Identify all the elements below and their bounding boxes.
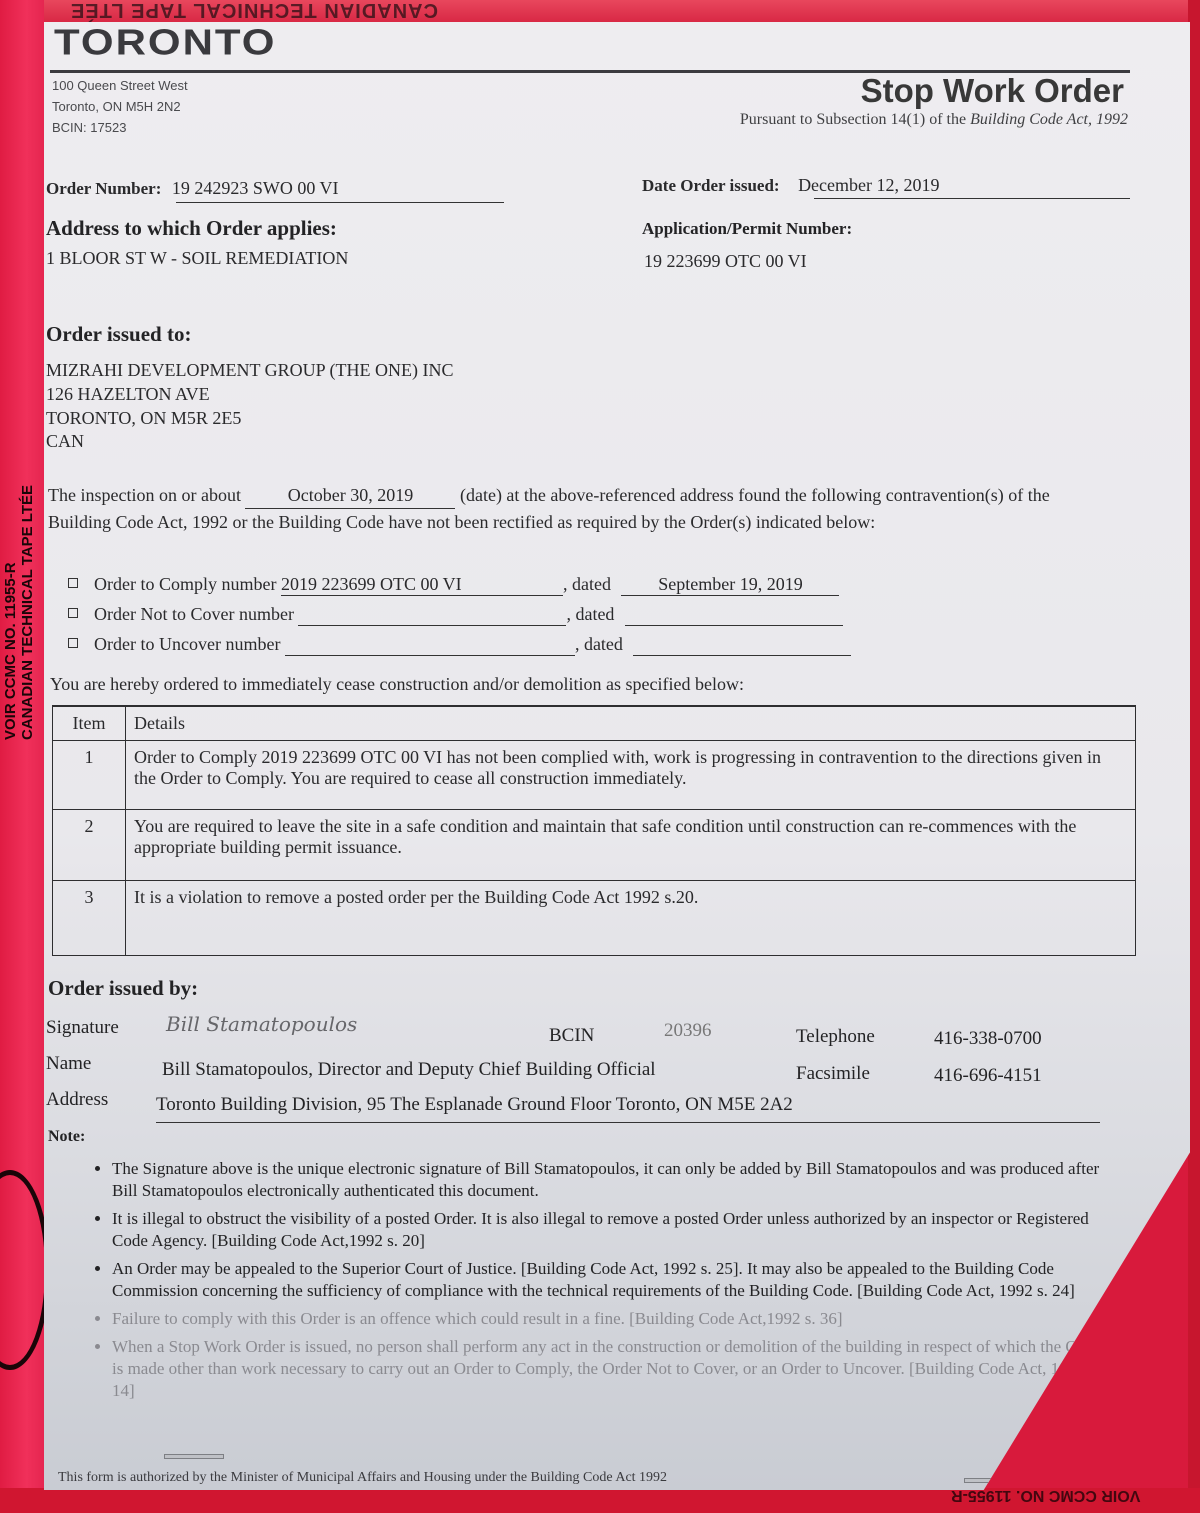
notes-list: The Signature above is the unique electr…	[112, 1158, 1112, 1408]
item-number: 1	[53, 741, 126, 810]
item-details: It is a violation to remove a posted ord…	[126, 881, 1136, 956]
order-number-underline	[176, 202, 504, 203]
facsimile-label: Facsimile	[796, 1063, 870, 1085]
prior-order-number	[285, 634, 575, 656]
sleeve-top-text: CANADIAN TECHNICAL TAPE LTÉE	[70, 0, 438, 21]
page-title: Stop Work Order	[861, 72, 1124, 110]
stop-work-order-document: TORONTO 100 Queen Street West Toronto, O…	[44, 22, 1190, 1490]
note-item: When a Stop Work Order is issued, no per…	[112, 1336, 1112, 1402]
note-item: It is illegal to obstruct the visibility…	[112, 1208, 1112, 1252]
subtitle-act: Building Code Act, 1992	[970, 111, 1128, 128]
order-to-uncover-checkbox[interactable]	[68, 638, 78, 648]
address-label-issuer: Address	[46, 1089, 108, 1111]
cease-statement: You are hereby ordered to immediately ce…	[50, 674, 744, 695]
table-header-row: Item Details	[53, 706, 1136, 741]
permit-label: Application/Permit Number:	[642, 219, 852, 239]
page-subtitle: Pursuant to Subsection 14(1) of the Buil…	[740, 111, 1128, 129]
facsimile-value: 416-696-4151	[934, 1065, 1042, 1087]
name-label: Name	[46, 1053, 91, 1075]
order-to-comply-checkbox[interactable]	[68, 578, 78, 588]
prior-order-row: Order to Comply number 2019 223699 OTC 0…	[68, 574, 839, 596]
subtitle-prefix: Pursuant to Subsection 14(1) of the	[740, 111, 970, 128]
prior-order-date	[625, 604, 843, 626]
prior-order-date	[633, 634, 851, 656]
issued-to-line: TORONTO, ON M5R 2E5	[46, 408, 241, 429]
letterhead-address-line1: 100 Queen Street West	[52, 78, 188, 93]
sleeve-side-text-line2: CANADIAN TECHNICAL TAPE LTÉE	[19, 410, 36, 740]
issuer-address-underline	[156, 1122, 1100, 1123]
column-header-details: Details	[126, 706, 1136, 741]
table-row: 2 You are required to leave the site in …	[53, 810, 1136, 881]
issued-to-line: 126 HAZELTON AVE	[46, 384, 210, 405]
sleeve-side-text: VOIR CCMC NO. 11955-R CANADIAN TECHNICAL…	[2, 410, 42, 740]
item-details: Order to Comply 2019 223699 OTC 00 VI ha…	[126, 741, 1136, 810]
order-number-value: 19 242923 SWO 00 VI	[172, 178, 339, 198]
signature-label: Signature	[46, 1017, 119, 1039]
sleeve-seal-icon	[0, 1170, 50, 1370]
item-details: You are required to leave the site in a …	[126, 810, 1136, 881]
staple-icon	[164, 1454, 224, 1459]
prior-order-number: 2019 223699 OTC 00 VI	[281, 574, 563, 596]
prior-order-dated-label: , dated	[563, 574, 611, 594]
notes-heading: Note:	[48, 1128, 85, 1146]
form-authorization-footer: This form is authorized by the Minister …	[58, 1470, 667, 1486]
plastic-sleeve-side-tape: VOIR CCMC NO. 11955-R CANADIAN TECHNICAL…	[0, 0, 44, 1513]
note-item: The Signature above is the unique electr…	[112, 1158, 1112, 1202]
date-issued-row: Date Order issued: December 12, 2019	[642, 175, 940, 196]
prior-order-label: Order to Comply number	[94, 574, 276, 594]
issued-to-line: CAN	[46, 431, 84, 452]
note-item: An Order may be appealed to the Superior…	[112, 1258, 1112, 1302]
item-number: 3	[53, 881, 126, 956]
order-number-label: Order Number:	[46, 179, 161, 198]
bcin-value: 20396	[664, 1020, 712, 1042]
signature: Bill Stamatopoulos	[166, 1012, 357, 1036]
prior-order-label: Order to Uncover number	[94, 634, 280, 654]
address-value: 1 BLOOR ST W - SOIL REMEDIATION	[46, 248, 348, 269]
prior-order-row: Order Not to Cover number , dated	[68, 604, 843, 626]
note-item: Failure to comply with this Order is an …	[112, 1308, 1112, 1330]
name-value: Bill Stamatopoulos, Director and Deputy …	[162, 1059, 656, 1081]
permit-value: 19 223699 OTC 00 VI	[644, 251, 807, 272]
prior-order-label: Order Not to Cover number	[94, 604, 294, 624]
inspection-date: October 30, 2019	[245, 482, 455, 509]
inspection-text-before: The inspection on or about	[48, 485, 241, 505]
staple-icon	[964, 1478, 1026, 1483]
table-row: 3 It is a violation to remove a posted o…	[53, 881, 1136, 956]
item-number: 2	[53, 810, 126, 881]
items-table: Item Details 1 Order to Comply 2019 2236…	[52, 705, 1136, 956]
order-not-to-cover-checkbox[interactable]	[68, 608, 78, 618]
table-row: 1 Order to Comply 2019 223699 OTC 00 VI …	[53, 741, 1136, 810]
date-issued-value: December 12, 2019	[798, 175, 939, 195]
letterhead-address-line2: Toronto, ON M5H 2N2	[52, 99, 181, 114]
prior-order-date: September 19, 2019	[621, 574, 839, 596]
address-label: Address to which Order applies:	[46, 216, 337, 241]
prior-order-row: Order to Uncover number , dated	[68, 634, 851, 656]
bcin-label: BCIN	[549, 1025, 594, 1047]
issued-to-line: MIZRAHI DEVELOPMENT GROUP (THE ONE) INC	[46, 360, 453, 381]
issued-to-heading: Order issued to:	[46, 322, 191, 347]
prior-order-dated-label: , dated	[566, 604, 614, 624]
date-issued-label: Date Order issued:	[642, 176, 780, 195]
letterhead-bcin: BCIN: 17523	[52, 120, 126, 135]
issued-by-heading: Order issued by:	[48, 976, 198, 1001]
inspection-paragraph: The inspection on or about October 30, 2…	[48, 482, 1108, 535]
prior-order-dated-label: , dated	[575, 634, 623, 654]
telephone-value: 416-338-0700	[934, 1028, 1042, 1050]
order-number-row: Order Number: 19 242923 SWO 00 VI	[46, 178, 339, 199]
column-header-item: Item	[53, 706, 126, 741]
prior-order-number	[298, 604, 566, 626]
telephone-label: Telephone	[796, 1026, 875, 1048]
address-value-issuer: Toronto Building Division, 95 The Esplan…	[156, 1094, 793, 1116]
date-issued-underline	[814, 198, 1130, 199]
toronto-logo: TORONTO	[54, 22, 276, 63]
sleeve-side-text-line1: VOIR CCMC NO. 11955-R	[2, 410, 19, 740]
